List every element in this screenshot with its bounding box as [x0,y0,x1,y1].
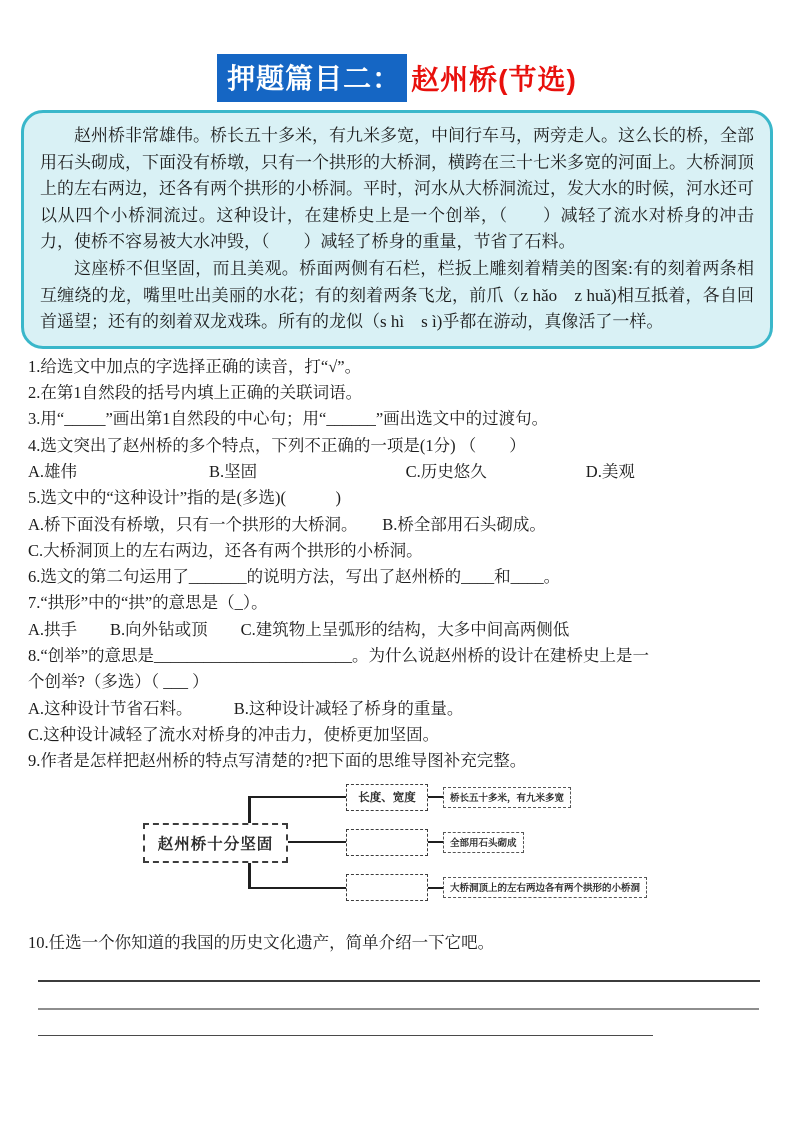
connector-line [248,796,251,824]
question-line: 9.作者是怎样把赵州桥的特点写清楚的?把下面的思维导图补充完整。 [28,748,766,774]
question-line: 2.在第1自然段的括号内填上正确的关联词语。 [28,380,766,406]
question-line: 4.选文突出了赵州桥的多个特点，下列不正确的一项是(1分) （ ） [28,433,766,459]
question-line: 8.“创举”的意思是________________________。为什么说赵… [28,643,766,669]
title-text: 赵州桥(节选) [411,58,577,98]
worksheet-page: 押题篇目二： 赵州桥(节选) 赵州桥非常雄伟。桥长五十多米，有九米多宽，中间行车… [0,0,794,1123]
connector-line [428,796,444,798]
connector-line [248,887,347,890]
question-line: A.拱手 B.向外钻或顶 C.建筑物上呈弧形的结构，大多中间高两侧低 [28,617,766,643]
mindmap-detail-box-3: 大桥洞顶上的左右两边各有两个拱形的小桥洞 [443,877,647,898]
question-line: C.这种设计减轻了流水对桥身的冲击力，使桥更加坚固。 [28,722,766,748]
question-line: A.这种设计节省石料。 B.这种设计减轻了桥身的重量。 [28,696,766,722]
connector-line [428,841,444,843]
question-line: A.桥下面没有桥墩，只有一个拱形的大桥洞。 B.桥全部用石头砌成。 [28,512,766,538]
mindmap-detail-box-1: 桥长五十多米，有九米多宽 [443,787,571,808]
answer-line-2 [38,1008,759,1010]
question-line: C.大桥洞顶上的左右两边，还各有两个拱形的小桥洞。 [28,538,766,564]
answer-line-3 [38,1035,653,1036]
question-line: 5.选文中的“这种设计”指的是(多选)( ) [28,485,766,511]
connector-line [248,796,347,799]
mindmap-branch-box-3 [346,874,428,901]
question-line: 6.选文的第二句运用了_______的说明方法，写出了赵州桥的____和____… [28,564,766,590]
question-line: 3.用“_____”画出第1自然段的中心句；用“______”画出选文中的过渡句… [28,406,766,432]
question-line: A.雄伟 B.坚固 C.历史悠久 D.美观 [28,459,766,485]
connector-line [248,863,251,889]
passage-box: 赵州桥非常雄伟。桥长五十多米，有九米多宽，中间行车马，两旁走人。这么长的桥，全部… [21,110,773,349]
question-line: 1.给选文中加点的字选择正确的读音，打“√”。 [28,354,766,380]
mindmap-branch-box-2 [346,829,428,856]
question-line: 个创举?（多选）（ ___ ） [28,669,766,695]
mindmap-root-box: 赵州桥十分坚固 [143,823,288,863]
mindmap-branch-box-1: 长度、宽度 [346,784,428,811]
connector-line [428,887,444,889]
title-badge: 押题篇目二： [217,54,407,102]
page-title: 押题篇目二： 赵州桥(节选) [0,0,794,102]
question-10: 10.任选一个你知道的我国的历史文化遗产，简单介绍一下它吧。 [28,930,766,956]
mindmap-diagram: 赵州桥十分坚固 长度、宽度 桥长五十多米，有九米多宽 全部用石头砌成 大桥洞顶上… [0,777,794,920]
answer-line-1 [38,980,760,982]
question-line: 7.“拱形”中的“拱”的意思是（_）。 [28,590,766,616]
passage-paragraph-2: 这座桥不但坚固，而且美观。桥面两侧有石栏，栏扳上雕刻着精美的图案:有的刻着两条相… [40,256,754,336]
questions-list: 1.给选文中加点的字选择正确的读音，打“√”。2.在第1自然段的括号内填上正确的… [28,354,766,775]
passage-paragraph-1: 赵州桥非常雄伟。桥长五十多米，有九米多宽，中间行车马，两旁走人。这么长的桥，全部… [40,123,754,256]
connector-line [288,841,347,844]
mindmap-detail-box-2: 全部用石头砌成 [443,832,524,853]
